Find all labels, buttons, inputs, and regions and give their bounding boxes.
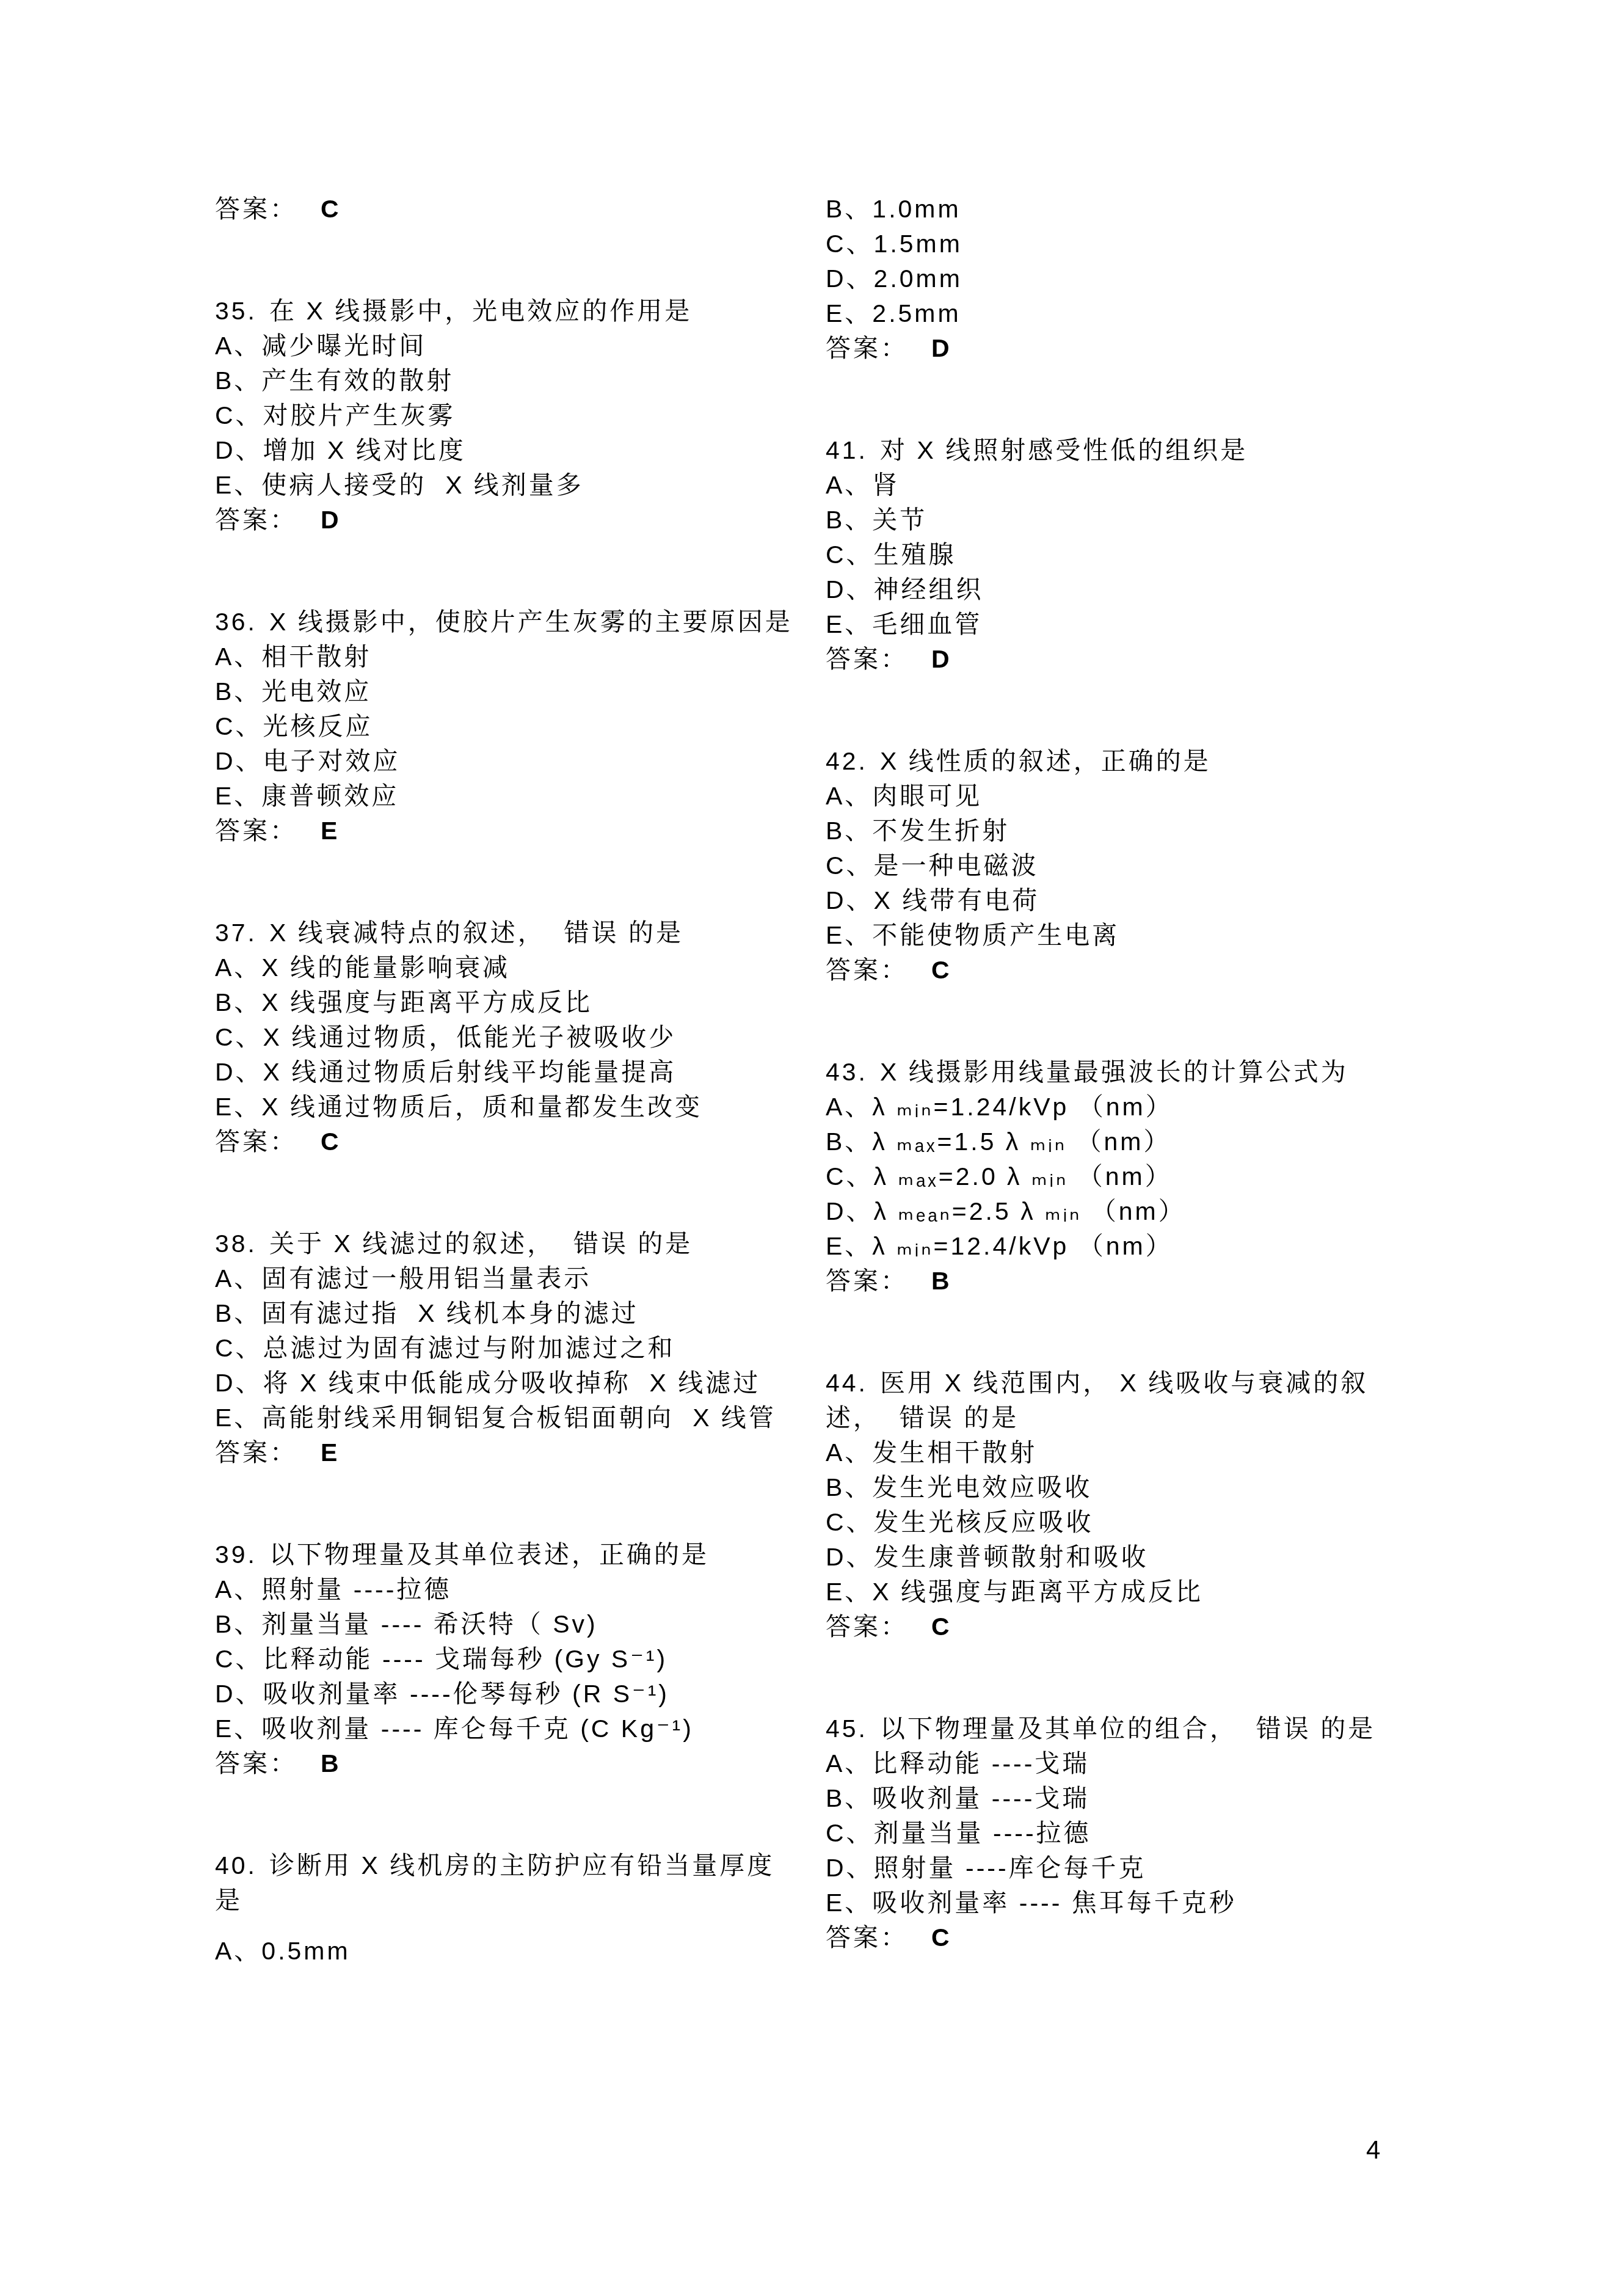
question-block: 36.X 线摄影中，使胶片产生灰雾的主要原因是A、相干散射B、光电效应C、光核反… [215,605,800,848]
answer-label: 答案： [215,817,297,845]
question-number: 44. [826,1369,868,1397]
question-block: 38.关于 X 线滤过的叙述， 错误 的是A、固有滤过一般用铝当量表示B、固有滤… [215,1226,800,1470]
option-item: C、比释动能 ---- 戈瑞每秒 (Gy S⁻¹) [215,1642,800,1677]
answer-value: B [321,1749,341,1777]
option-item: A、发生相干散射 [826,1435,1407,1470]
answer-line: 答案：D [826,331,1407,366]
question-number: 35. [215,297,257,325]
option-item: E、X 线强度与距离平方成反比 [826,1575,1407,1609]
option-item: C、生殖腺 [826,538,1407,572]
option-item: A、λ ₘᵢₙ=1.24/kVp （nm） [826,1090,1407,1124]
question-block: 37.X 线衰减特点的叙述， 错误 的是A、X 线的能量影响衰减B、X 线强度与… [215,916,800,1159]
answer-label: 答案： [215,1128,297,1156]
option-item: C、对胶片产生灰雾 [215,398,800,433]
question-block: 43.X 线摄影用线量最强波长的计算公式为A、λ ₘᵢₙ=1.24/kVp （n… [826,1055,1407,1299]
page-number: 4 [1366,2135,1380,2165]
answer-value: E [321,1438,340,1467]
answer-value: C [931,1923,952,1952]
answer-line: 答案：B [215,1746,800,1781]
option-item: E、不能使物质产生电离 [826,918,1407,953]
answer-value: C [321,1128,341,1156]
option-item: C、光核反应 [215,709,800,744]
question-text: 39.以下物理量及其单位表述，正确的是 [215,1537,800,1572]
option-item: D、照射量 ----库仑每千克 [826,1851,1407,1886]
question-text: 42.X 线性质的叙述，正确的是 [826,744,1407,779]
option-item: D、λ ₘₑₐₙ=2.5 λ ₘᵢₙ （nm） [826,1194,1407,1229]
question-number: 38. [215,1230,257,1258]
question-number: 45. [826,1715,868,1743]
answer-label: 答案： [826,1923,908,1952]
option-item: E、X 线通过物质后，质和量都发生改变 [215,1090,800,1124]
option-item: B、产生有效的散射 [215,363,800,398]
answer-label: 答案： [826,334,908,362]
question-number: 39. [215,1540,257,1569]
document-page: 答案：C35.在 X 线摄影中，光电效应的作用是A、减少曝光时间B、产生有效的散… [0,0,1622,2296]
question-title: 医用 X 线范围内， X 线吸收与衰减的叙述， 错误 的是 [826,1369,1368,1432]
option-item: C、1.5mm [826,227,1407,261]
answer-line: 答案：E [215,814,800,848]
question-text: 37.X 线衰减特点的叙述， 错误 的是 [215,916,800,950]
option-item: C、发生光核反应吸收 [826,1505,1407,1540]
question-title: 以下物理量及其单位表述，正确的是 [269,1540,709,1569]
option-item: E、吸收剂量 ---- 库仑每千克 (C Kg⁻¹) [215,1711,800,1746]
answer-label: 答案： [215,1749,297,1777]
option-item: A、X 线的能量影响衰减 [215,950,800,985]
answer-label: 答案： [826,956,908,984]
question-text: 43.X 线摄影用线量最强波长的计算公式为 [826,1055,1407,1090]
question-block: 39.以下物理量及其单位表述，正确的是A、照射量 ----拉德B、剂量当量 --… [215,1537,800,1781]
question-block: 41.对 X 线照射感受性低的组织是A、肾B、关节C、生殖腺D、神经组织E、毛细… [826,433,1407,677]
question-text: 35.在 X 线摄影中，光电效应的作用是 [215,294,800,329]
answer-line: 答案：C [826,1920,1407,1955]
question-number: 40. [215,1851,257,1879]
option-item: C、剂量当量 ----拉德 [826,1816,1407,1851]
answer-label: 答案： [826,645,908,673]
option-item: B、不发生折射 [826,814,1407,848]
option-item: E、2.5mm [826,296,1407,331]
option-item: D、增加 X 线对比度 [215,433,800,468]
options-continuation-block: B、1.0mmC、1.5mmD、2.0mmE、2.5mm答案：D [826,192,1407,366]
question-title: X 线摄影中，使胶片产生灰雾的主要原因是 [269,608,793,636]
question-title: 关于 X 线滤过的叙述， 错误 的是 [269,1230,693,1258]
answer-line: 答案：D [826,642,1407,677]
question-title: 在 X 线摄影中，光电效应的作用是 [269,297,692,325]
option-item: B、1.0mm [826,192,1407,227]
question-number: 43. [826,1058,868,1086]
question-text: 41.对 X 线照射感受性低的组织是 [826,433,1407,468]
answer-line: 答案：B [826,1264,1407,1299]
option-item: A、减少曝光时间 [215,329,800,363]
option-item: E、高能射线采用铜铝复合板铝面朝向 X 线管 [215,1401,800,1435]
option-item: A、0.5mm [215,1934,800,1969]
question-text: 40.诊断用 X 线机房的主防护应有铅当量厚度是 [215,1848,800,1918]
answer-value: D [321,506,341,534]
question-title: X 线摄影用线量最强波长的计算公式为 [880,1058,1348,1086]
question-text: 38.关于 X 线滤过的叙述， 错误 的是 [215,1226,800,1261]
answer-value: D [931,645,952,673]
question-text: 45.以下物理量及其单位的组合， 错误 的是 [826,1711,1407,1746]
question-block: 42.X 线性质的叙述，正确的是A、肉眼可见B、不发生折射C、是一种电磁波D、X… [826,744,1407,988]
answer-value: C [931,956,952,984]
question-block: 45.以下物理量及其单位的组合， 错误 的是A、比释动能 ----戈瑞B、吸收剂… [826,1711,1407,1955]
question-number: 36. [215,608,257,636]
option-item: D、X 线通过物质后射线平均能量提高 [215,1055,800,1090]
answer-label: 答案： [215,1438,297,1467]
answer-line: 答案：E [215,1435,800,1470]
option-item: E、λ ₘᵢₙ=12.4/kVp （nm） [826,1229,1407,1264]
question-title: 诊断用 X 线机房的主防护应有铅当量厚度是 [215,1851,774,1914]
option-item: C、总滤过为固有滤过与附加滤过之和 [215,1331,800,1366]
question-title: 以下物理量及其单位的组合， 错误 的是 [880,1715,1375,1743]
option-item: D、电子对效应 [215,744,800,779]
option-item: A、照射量 ----拉德 [215,1572,800,1607]
question-block: 35.在 X 线摄影中，光电效应的作用是A、减少曝光时间B、产生有效的散射C、对… [215,294,800,538]
answer-line: 答案：C [215,192,800,227]
answer-value: C [931,1613,952,1641]
answer-value: C [321,195,341,223]
option-item: B、关节 [826,503,1407,538]
option-item: A、固有滤过一般用铝当量表示 [215,1261,800,1296]
answer-line: 答案：C [215,1124,800,1159]
option-item: D、神经组织 [826,572,1407,607]
answer-label: 答案： [826,1613,908,1641]
question-block: 40.诊断用 X 线机房的主防护应有铅当量厚度是A、0.5mm [215,1848,800,1969]
option-item: C、是一种电磁波 [826,848,1407,883]
answer-line: 答案：C [826,1609,1407,1644]
answer-line: 答案：C [826,953,1407,988]
question-title: X 线性质的叙述，正确的是 [880,747,1211,775]
option-item: B、光电效应 [215,674,800,709]
option-item: A、相干散射 [215,640,800,674]
question-number: 37. [215,919,257,947]
question-title: 对 X 线照射感受性低的组织是 [880,436,1248,464]
option-item: A、肉眼可见 [826,779,1407,814]
option-item: C、X 线通过物质，低能光子被吸收少 [215,1020,800,1055]
left-column: 答案：C35.在 X 线摄影中，光电效应的作用是A、减少曝光时间B、产生有效的散… [215,192,800,1969]
question-block: 44.医用 X 线范围内， X 线吸收与衰减的叙述， 错误 的是A、发生相干散射… [826,1366,1407,1644]
question-number: 42. [826,747,868,775]
option-item: D、将 X 线束中低能成分吸收掉称 X 线滤过 [215,1366,800,1401]
option-item: D、吸收剂量率 ----伦琴每秒 (R S⁻¹) [215,1677,800,1711]
option-item: B、λ ₘₐₓ=1.5 λ ₘᵢₙ （nm） [826,1124,1407,1159]
question-title: X 线衰减特点的叙述， 错误 的是 [269,919,683,947]
standalone-answer-block: 答案：C [215,192,800,227]
option-item: B、X 线强度与距离平方成反比 [215,985,800,1020]
option-item: A、比释动能 ----戈瑞 [826,1746,1407,1781]
right-column: B、1.0mmC、1.5mmD、2.0mmE、2.5mm答案：D41.对 X 线… [826,192,1407,1955]
question-number: 41. [826,436,868,464]
answer-label: 答案： [215,506,297,534]
option-item: E、康普顿效应 [215,779,800,814]
option-item: B、吸收剂量 ----戈瑞 [826,1781,1407,1816]
answer-value: B [931,1267,952,1295]
option-item: E、毛细血管 [826,607,1407,642]
option-item: B、固有滤过指 X 线机本身的滤过 [215,1296,800,1331]
question-text: 36.X 线摄影中，使胶片产生灰雾的主要原因是 [215,605,800,640]
option-item: E、使病人接受的 X 线剂量多 [215,468,800,503]
option-item: D、X 线带有电荷 [826,883,1407,918]
option-item: D、2.0mm [826,261,1407,296]
option-item: A、肾 [826,468,1407,503]
answer-value: D [931,334,952,362]
answer-value: E [321,817,340,845]
option-item: E、吸收剂量率 ---- 焦耳每千克秒 [826,1886,1407,1920]
option-item: B、发生光电效应吸收 [826,1470,1407,1505]
option-item: C、λ ₘₐₓ=2.0 λ ₘᵢₙ （nm） [826,1159,1407,1194]
question-text: 44.医用 X 线范围内， X 线吸收与衰减的叙述， 错误 的是 [826,1366,1407,1435]
option-item: D、发生康普顿散射和吸收 [826,1540,1407,1575]
answer-label: 答案： [826,1267,908,1295]
answer-label: 答案： [215,195,297,223]
answer-line: 答案：D [215,503,800,538]
option-item: B、剂量当量 ---- 希沃特（ Sv) [215,1607,800,1642]
